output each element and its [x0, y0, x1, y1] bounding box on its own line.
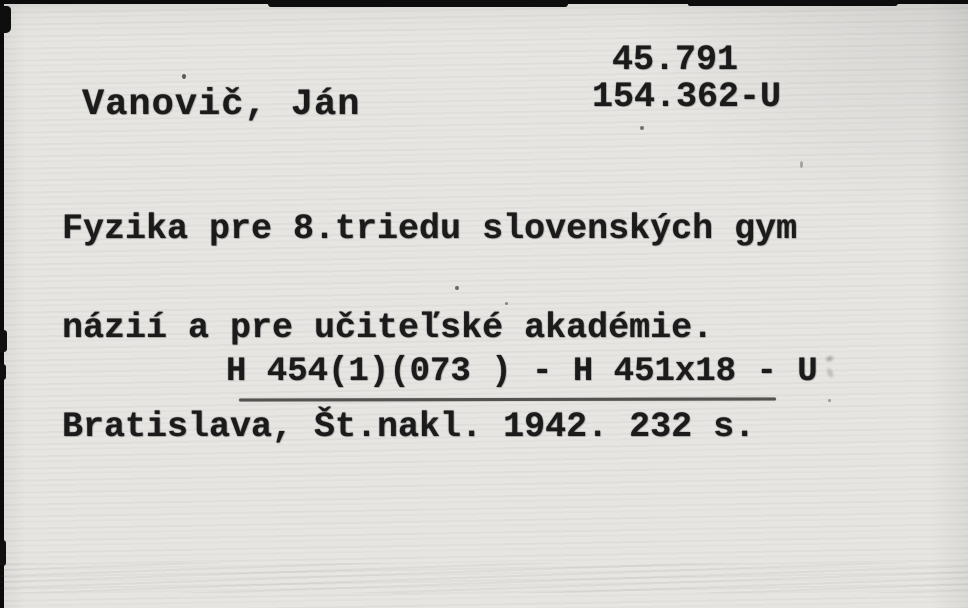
scan-edge-mark	[0, 364, 6, 380]
author-heading: Vanovič, Ján	[82, 84, 360, 126]
ink-speck	[431, 418, 435, 423]
bibliographic-entry: Fyzika pre 8.triedu slovenských gym názi…	[62, 147, 797, 510]
classification-line: H 454(1)(073 ) - H 451x18 - U	[226, 353, 818, 391]
call-number-top: 45.791	[612, 40, 738, 80]
scan-edge-mark	[0, 330, 7, 352]
scan-edge-left	[0, 0, 4, 608]
ink-smudge	[815, 349, 847, 388]
scan-edge-top-patch	[688, 0, 898, 6]
scan-streak-band	[0, 563, 968, 593]
scan-corner-mark	[0, 6, 11, 33]
ink-speck	[455, 286, 459, 290]
ink-speck	[828, 399, 831, 402]
ink-speck	[800, 161, 803, 168]
catalog-card-scan: 45.791 154.362-U Vanovič, Ján Fyzika pre…	[0, 0, 968, 608]
title-line-1: Fyzika pre 8.triedu slovenských gym	[62, 213, 797, 246]
ink-speck	[640, 126, 644, 130]
scan-edge-top-patch	[268, 0, 568, 7]
ink-speck	[505, 302, 508, 305]
imprint-line: Bratislava, Št.nakl. 1942. 232 s.	[62, 411, 797, 444]
ink-speck	[182, 74, 186, 79]
call-number-bottom: 154.362-U	[592, 77, 781, 117]
title-line-2: názií a pre učiteľské akadémie.	[62, 312, 797, 345]
